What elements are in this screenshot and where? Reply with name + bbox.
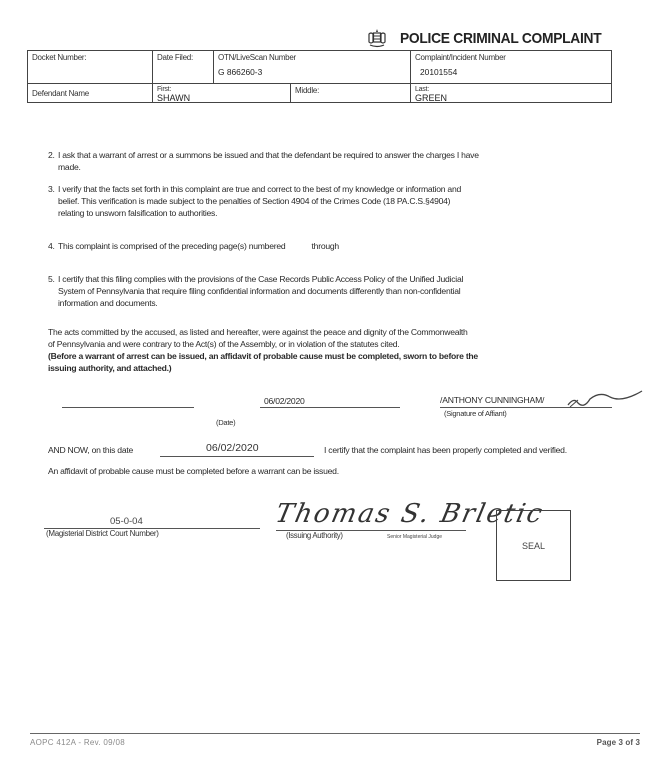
middle-name-label: Middle: [295,86,406,96]
form-id: AOPC 412A - Rev. 09/08 [30,738,125,747]
through-label: through [312,241,339,251]
issuing-authority-title: Senior Magisterial Judge [387,534,442,540]
last-name-cell: Last: GREEN [410,83,612,103]
warrant-notice: (Before a warrant of arrest can be issue… [48,350,613,362]
defendant-name-label: Defendant Name [32,89,89,98]
court-number-value: 05-0-04 [110,516,143,527]
complaint-number-value: 20101554 [415,67,607,77]
certification-suffix: I certify that the complaint has been pr… [324,444,567,456]
paragraph-4: 4.This complaint is comprised of the pre… [48,240,613,252]
issuing-authority-label: (Issuing Authority) [286,531,343,540]
affiant-handwritten-signature-icon [566,387,646,411]
certification-date-value: 06/02/2020 [206,442,259,454]
complaint-number-label: Complaint/Incident Number [415,53,607,63]
acts-statement: The acts committed by the accused, as li… [48,326,613,374]
seal-label: SEAL [522,541,545,551]
certification-prefix: AND NOW, on this date [48,444,133,456]
docket-number-label: Docket Number: [32,53,86,62]
first-name-value: SHAWN [157,94,286,102]
complaint-number-cell: Complaint/Incident Number 20101554 [410,50,612,84]
otn-label: OTN/LiveScan Number [218,53,406,63]
blank-line [62,407,194,408]
affiant-signature-value: /ANTHONY CUNNINGHAM/ [440,395,544,405]
affiant-signature-label: (Signature of Affiant) [444,409,507,418]
document-title: POLICE CRIMINAL COMPLAINT [400,30,601,47]
docket-number-cell: Docket Number: [27,50,153,84]
date-filed-cell: Date Filed: [152,50,214,84]
paragraph-5: 5.I certify that this filing complies wi… [48,273,613,309]
last-name-value: GREEN [415,94,607,102]
middle-name-cell: Middle: [290,83,411,103]
otn-cell: OTN/LiveScan Number G 866260-3 [213,50,411,84]
certification-date-line [160,456,314,457]
case-info-table: Docket Number: Date Filed: OTN/LiveScan … [27,50,612,103]
first-name-cell: First: SHAWN [152,83,291,103]
document-header: POLICE CRIMINAL COMPLAINT [366,28,619,48]
affiant-date-value: 06/02/2020 [264,395,305,407]
affiant-date-label: (Date) [216,418,235,427]
court-number-label: (Magisterial District Court Number) [46,529,159,538]
page-number: Page 3 of 3 [597,738,640,747]
paragraph-3: 3.I verify that the facts set forth in t… [48,183,613,219]
footer-divider [30,733,640,734]
date-filed-label: Date Filed: [157,53,193,62]
paragraph-2: 2.I ask that a warrant of arrest or a su… [48,149,613,173]
affiant-date-line [260,407,400,408]
seal-box: SEAL [496,510,571,581]
affidavit-note: An affidavit of probable cause must be c… [48,465,339,477]
defendant-name-cell: Defendant Name [27,83,153,103]
otn-value: G 866260-3 [218,67,406,77]
pennsylvania-coat-of-arms-icon [366,28,388,48]
